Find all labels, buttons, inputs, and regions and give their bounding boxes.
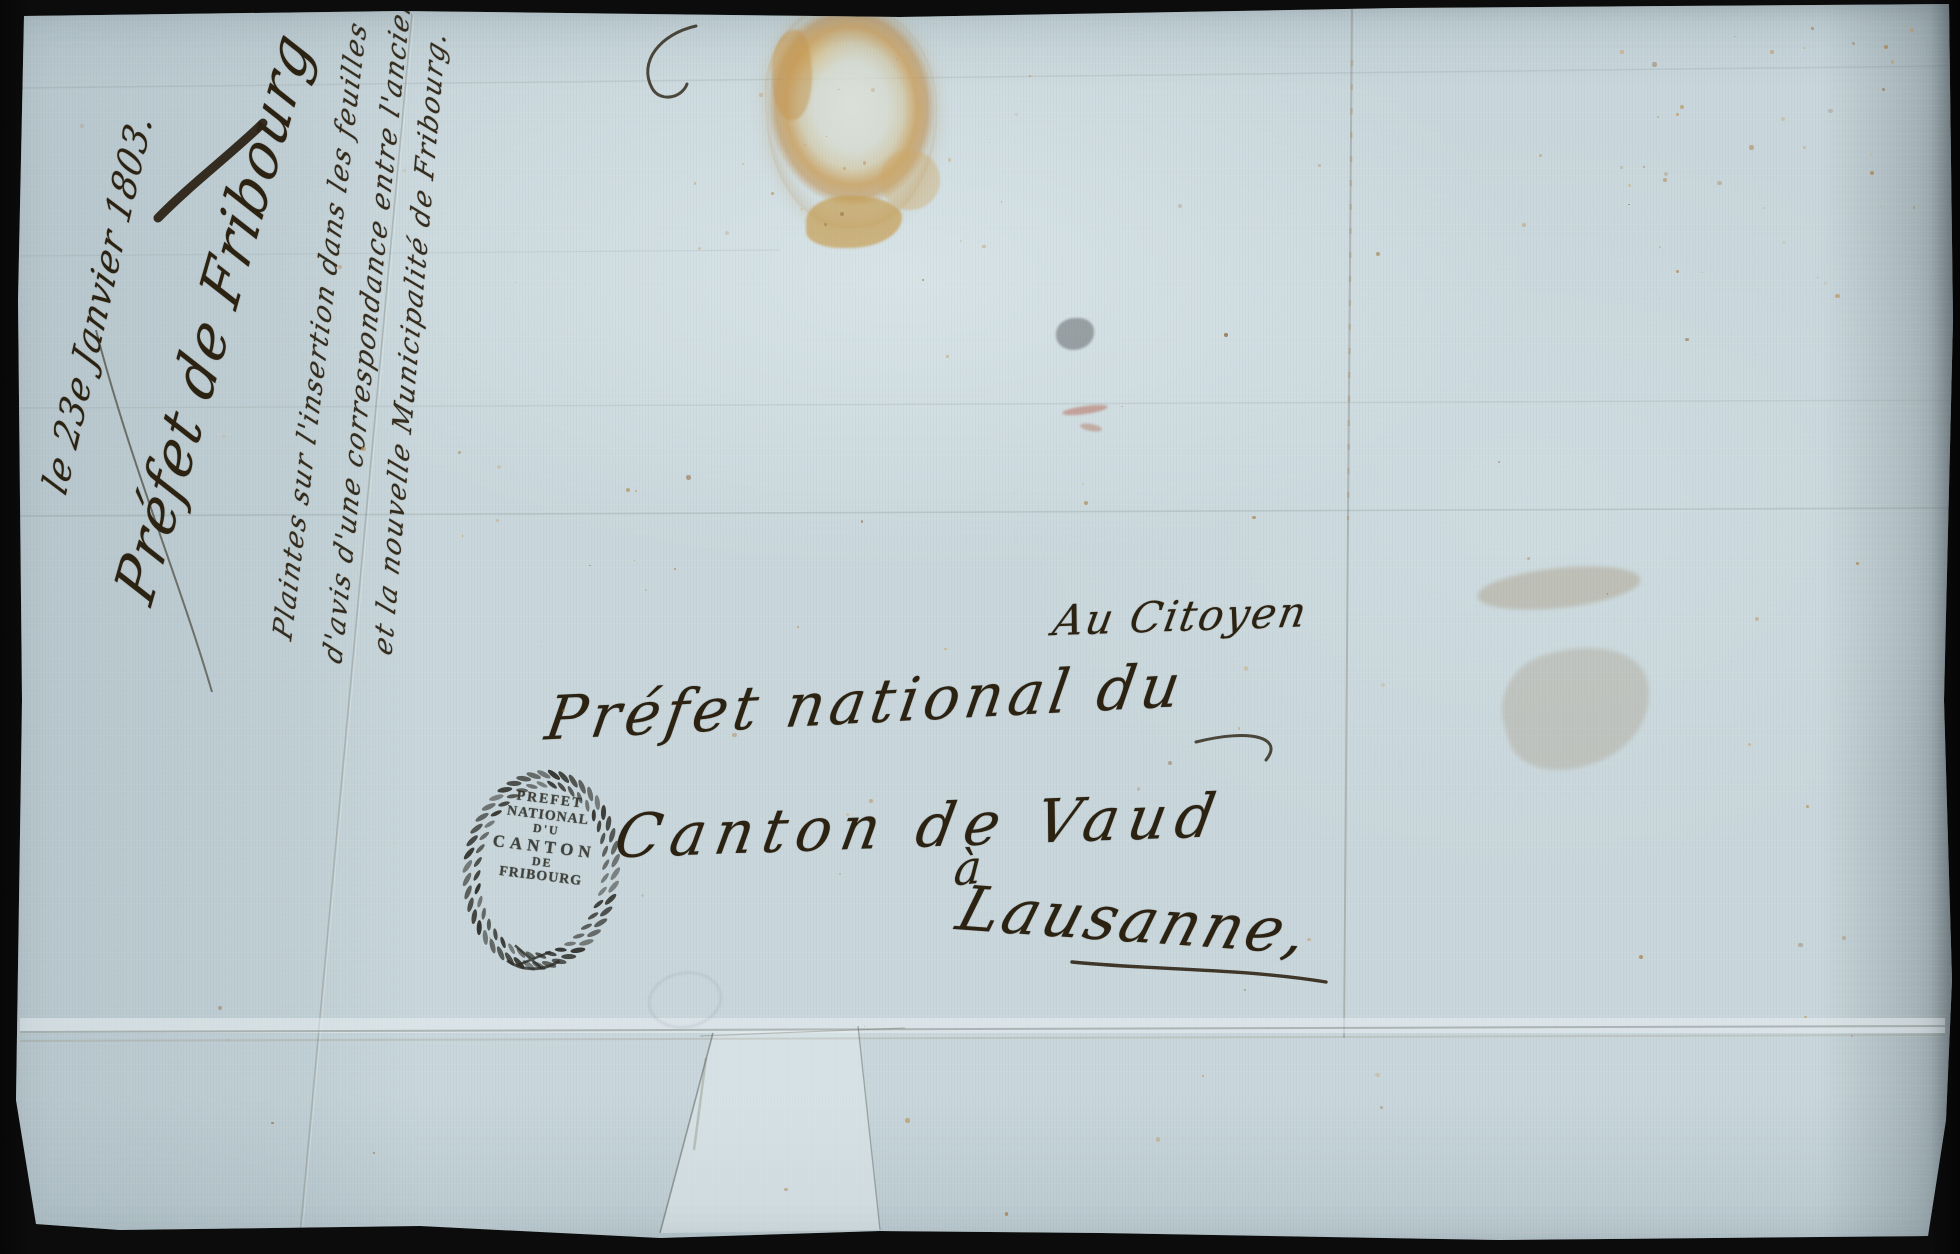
foxing-speck — [1755, 617, 1759, 621]
foxing-speck — [1498, 461, 1500, 463]
foxing-speck — [1539, 154, 1542, 157]
foxing-speck — [686, 475, 691, 480]
foxing-speck — [1852, 42, 1855, 45]
foxing-speck — [989, 142, 991, 144]
foxing-speck — [373, 1152, 375, 1154]
arrival-stamp: PREFET NATIONAL D'U CANTON DE FRIBOURG — [446, 759, 636, 988]
foxing-speck — [515, 282, 516, 283]
wreath-leaf — [493, 928, 499, 940]
foxing-speck — [1626, 757, 1627, 758]
foxing-speck — [1015, 113, 1018, 116]
foxing-speck — [1680, 105, 1684, 109]
foxing-speck — [1202, 1075, 1204, 1077]
wreath-leaf — [555, 947, 567, 952]
foxing-speck — [1842, 936, 1846, 940]
foxing-speck — [1824, 282, 1827, 285]
wreath-leaf — [603, 892, 617, 906]
foxing-speck — [1620, 166, 1622, 168]
foxing-speck — [1783, 241, 1786, 244]
wreath-leaf — [545, 950, 558, 957]
foxing-speck — [922, 279, 924, 281]
stamp-text: PREFET NATIONAL D'U CANTON DE FRIBOURG — [457, 782, 633, 894]
foxing-speck — [948, 158, 952, 162]
foxing-speck — [1903, 25, 1906, 28]
wreath-leaf — [482, 930, 489, 945]
wreath-leaf — [471, 909, 478, 925]
foxing-speck — [1084, 501, 1088, 505]
foxing-speck — [1676, 113, 1679, 116]
foxing-speck — [1891, 60, 1894, 63]
foxing-speck — [1659, 246, 1661, 248]
foxing-speck — [80, 124, 84, 128]
foxing-speck — [1628, 184, 1631, 187]
foxing-speck — [1685, 338, 1688, 341]
foxing-speck — [634, 560, 635, 561]
foxing-speck — [1811, 27, 1814, 30]
foxing-speck — [1663, 178, 1666, 181]
foxing-speck — [905, 1118, 909, 1122]
foxing-speck — [1749, 145, 1754, 150]
foxing-speck — [1643, 166, 1645, 168]
foxing-speck — [946, 355, 949, 358]
foxing-speck — [1244, 989, 1246, 991]
wreath-leaf — [564, 941, 576, 947]
foxing-speck — [861, 520, 864, 523]
foxing-speck — [1376, 252, 1380, 256]
foxing-speck — [553, 279, 554, 280]
foxing-speck — [1628, 204, 1630, 206]
foxing-speck — [1527, 557, 1530, 560]
foxing-speck — [742, 163, 744, 165]
foxing-speck — [1307, 938, 1311, 942]
foxing-speck — [1652, 62, 1656, 66]
foxing-speck — [1913, 206, 1916, 209]
address-recipient-line-1: Préfet national du — [541, 651, 1190, 755]
foxing-speck — [759, 93, 763, 97]
foxing-speck — [1224, 333, 1228, 337]
foxing-speck — [674, 568, 676, 570]
foxing-speck — [1121, 406, 1122, 407]
wreath-leaf — [593, 917, 609, 929]
wreath-leaf — [580, 922, 593, 931]
foxing-speck — [641, 894, 644, 897]
foxing-speck — [1734, 36, 1736, 38]
foxing-speck — [1804, 47, 1805, 48]
foxing-speck — [1381, 683, 1385, 687]
foxing-speck — [1005, 1212, 1009, 1216]
foxing-speck — [403, 169, 407, 173]
brown-smudge-stain — [1489, 630, 1666, 785]
foxing-speck — [1657, 116, 1659, 118]
foxing-speck — [1803, 146, 1807, 150]
foxing-speck — [1770, 50, 1774, 54]
wreath-leaf — [572, 932, 585, 939]
foxing-speck — [1156, 1137, 1160, 1141]
graphite-smudge — [1056, 318, 1094, 350]
foxing-speck — [1001, 201, 1002, 202]
foxing-speck — [771, 192, 774, 195]
foxing-speck — [462, 535, 463, 536]
foxing-speck — [497, 465, 502, 470]
foxing-speck — [546, 589, 548, 591]
wreath-leaf — [506, 781, 521, 786]
foxing-speck — [626, 488, 630, 492]
foxing-speck — [1676, 270, 1679, 273]
foxing-speck — [1884, 45, 1888, 49]
foxing-speck — [694, 182, 697, 185]
foxing-speck — [1244, 666, 1249, 671]
foxing-speck — [222, 435, 225, 438]
pencil-ghost-mark — [644, 966, 727, 1034]
foxing-speck — [725, 231, 729, 235]
foxing-speck — [645, 589, 647, 591]
seal-stain-spot — [772, 30, 812, 120]
wreath-leaf — [561, 954, 576, 959]
red-ink-speck — [1062, 403, 1109, 417]
foxing-speck — [271, 1122, 274, 1125]
letter-photograph: le 23e Janvier 1803. Préfet de Fribourg … — [0, 0, 1960, 1254]
foxing-speck — [1354, 1122, 1355, 1123]
wreath-leaf — [488, 938, 497, 954]
red-ink-speck — [1080, 422, 1103, 433]
foxing-speck — [864, 1026, 865, 1027]
foxing-speck — [1763, 207, 1764, 208]
foxing-speck — [982, 245, 985, 248]
address-recipient-line-2: Canton de Vaud — [610, 781, 1230, 873]
foxing-speck — [960, 240, 962, 242]
foxing-speck — [1870, 153, 1872, 155]
seal-stain-spot — [806, 196, 902, 248]
foxing-speck — [1380, 1106, 1383, 1109]
wreath-leaf — [556, 781, 567, 793]
foxing-speck — [1639, 955, 1643, 959]
wreath-leaf — [487, 919, 491, 931]
brown-smudge-stain — [1475, 560, 1642, 617]
wreath-leaf — [587, 911, 599, 921]
wreath-leaf — [599, 905, 614, 918]
foxing-speck — [1806, 805, 1809, 808]
foxing-speck — [1817, 277, 1818, 278]
wreath-leaf — [473, 882, 482, 895]
foxing-speck — [1318, 164, 1321, 167]
foxing-speck — [1798, 943, 1802, 947]
bottom-flap-tear — [648, 1022, 894, 1240]
foxing-speck — [1835, 294, 1839, 298]
wreath-leaf — [476, 920, 482, 935]
foxing-speck — [1375, 1073, 1379, 1077]
foxing-speck — [1856, 562, 1859, 565]
wreath-leaf — [476, 895, 483, 908]
foxing-speck — [1717, 181, 1721, 185]
foxing-speck — [1238, 727, 1241, 730]
foxing-speck — [944, 648, 947, 651]
foxing-speck — [1168, 761, 1172, 765]
foxing-speck — [496, 519, 499, 522]
foxing-speck — [540, 646, 541, 647]
foxing-speck — [839, 873, 841, 875]
seal-stain-spot — [880, 150, 940, 210]
foxing-speck — [1620, 50, 1624, 54]
foxing-speck — [1178, 204, 1182, 208]
foxing-speck — [1748, 743, 1751, 746]
wreath-leaf — [578, 938, 594, 947]
foxing-speck — [1781, 117, 1785, 121]
address-city: Lausanne, — [949, 872, 1319, 968]
foxing-speck — [458, 451, 461, 454]
foxing-speck — [1882, 88, 1885, 91]
foxing-speck — [1804, 1016, 1806, 1018]
foxing-speck — [698, 247, 701, 250]
foxing-speck — [218, 1006, 222, 1010]
foxing-speck — [1910, 28, 1914, 32]
foxing-speck — [1702, 272, 1704, 274]
wreath-leaf — [481, 907, 487, 919]
wreath-leaf — [507, 942, 516, 954]
wreath-leaf — [466, 897, 475, 913]
wreath-leaf — [586, 928, 602, 939]
foxing-speck — [1252, 516, 1255, 519]
foxing-speck — [227, 1039, 230, 1042]
address-salutation: Au Citoyen — [1049, 587, 1312, 645]
foxing-speck — [1082, 483, 1084, 485]
foxing-speck — [1851, 1035, 1853, 1037]
letter-paper: le 23e Janvier 1803. Préfet de Fribourg … — [0, 0, 1960, 1254]
foxing-speck — [589, 565, 590, 566]
foxing-speck — [1522, 223, 1527, 228]
foxing-speck — [1029, 75, 1031, 77]
foxing-speck — [797, 626, 800, 629]
foxing-speck — [1828, 109, 1833, 114]
foxing-speck — [789, 267, 790, 268]
foxing-speck — [635, 490, 637, 492]
wreath-leaf — [546, 779, 558, 790]
wreath-leaf — [593, 899, 605, 910]
foxing-speck — [1870, 171, 1874, 175]
foxing-speck — [1880, 206, 1881, 207]
foxing-speck — [394, 842, 395, 843]
foxing-speck — [1664, 172, 1668, 176]
wreath-leaf — [570, 947, 586, 954]
wreath-leaf — [499, 936, 507, 949]
